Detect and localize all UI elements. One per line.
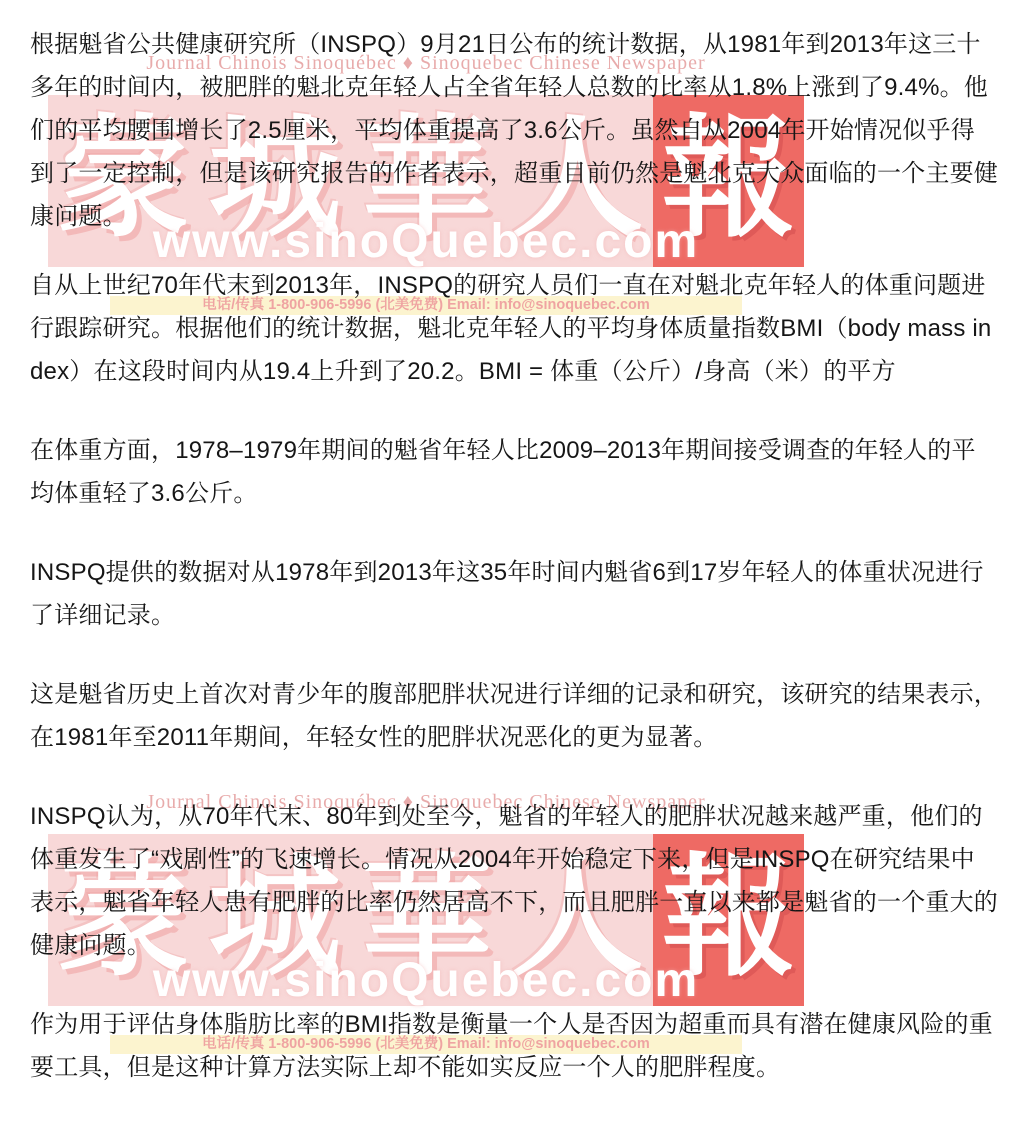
article-body: 根据魁省公共健康研究所（INSPQ）9月21日公布的统计数据，从1981年到20…	[30, 23, 998, 1125]
article-paragraph: 作为用于评估身体脂肪比率的BMI指数是衡量一个人是否因为超重而具有潜在健康风险的…	[30, 1003, 998, 1089]
article-paragraph: 在体重方面，1978–1979年期间的魁省年轻人比2009–2013年期间接受调…	[30, 429, 998, 515]
article-paragraph: INSPQ提供的数据对从1978年到2013年这35年时间内魁省6到17岁年轻人…	[30, 551, 998, 637]
article-paragraph: INSPQ认为，从70年代末、80年到处至今，魁省的年轻人的肥胖状况越来越严重，…	[30, 795, 998, 967]
article-page: Journal Chinois Sinoquébec ♦ Sinoquebec …	[0, 0, 1025, 1138]
article-paragraph: 根据魁省公共健康研究所（INSPQ）9月21日公布的统计数据，从1981年到20…	[30, 23, 998, 238]
article-paragraph: 这是魁省历史上首次对青少年的腹部肥胖状况进行详细的记录和研究，该研究的结果表示，…	[30, 673, 998, 759]
article-paragraph: 自从上世纪70年代末到2013年，INSPQ的研究人员们一直在对魁北克年轻人的体…	[30, 264, 998, 393]
